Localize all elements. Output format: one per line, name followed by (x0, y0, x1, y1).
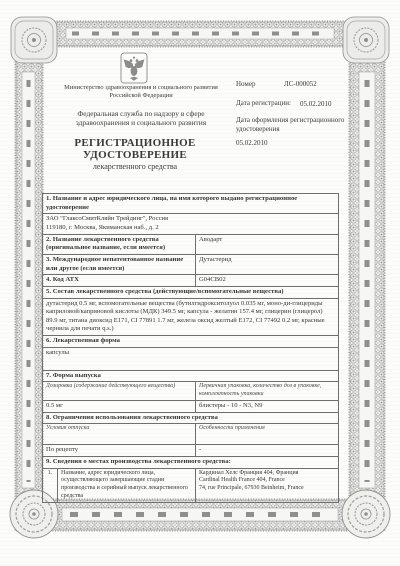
corner-medallion-top-right (343, 17, 389, 63)
table-row: 0.5 мг блистеры - 10 - N3, N9 (43, 401, 339, 413)
dispensing-conditions-value: По рецепту (43, 445, 196, 457)
section-8-label: 8. Ограничения использования лекарственн… (43, 412, 339, 424)
ministry-line1: Министерство здравоохранения и социально… (48, 84, 234, 92)
document-title: РЕГИСТРАЦИОННОЕ УДОСТОВЕРЕНИЕ (45, 137, 225, 162)
table-row: 5. Состав лекарственного средства (дейст… (43, 287, 339, 299)
section-2-label: 2. Название лекарственного средства (ори… (43, 234, 196, 254)
holder-name: ЗАО "ГлаксоСмитКляйн Трейдинг", Россия (46, 215, 335, 224)
manufacturer-role-label: Название, адрес юридического лица, осуще… (58, 468, 196, 502)
section-1-value: ЗАО "ГлаксоСмитКляйн Трейдинг", Россия 1… (43, 214, 339, 234)
table-row: 6. Лекарственная форма (43, 336, 339, 348)
drug-trade-name: Аводарт (196, 234, 339, 254)
composition-text: дутастерид 0.5 мг, вспомогательные вещес… (43, 298, 339, 335)
dosage-value: 0.5 мг (43, 401, 196, 413)
section-3-label: 3. Международное непатентованное названи… (43, 254, 196, 274)
dosage-form: капсулы (43, 347, 339, 370)
usage-features-header: Особенности применения (196, 424, 339, 445)
table-row: 1. Название, адрес юридического лица, ос… (43, 468, 339, 502)
ministry-line2: Российской Федерации (48, 92, 234, 100)
usage-features-value: - (196, 445, 339, 457)
section-4-label: 4. Код АТХ (43, 275, 196, 287)
table-row: 2. Название лекарственного средства (ори… (43, 234, 339, 254)
packaging-column-header: Первичная упаковка, количество доз в упа… (196, 382, 339, 401)
inn-name: Дутастерид (196, 254, 339, 274)
issue-date-value: 05.02.2010 (236, 139, 268, 148)
manufacturer-address: Кардинал Хелс Франция 404, Франция Cardi… (196, 468, 339, 502)
coat-of-arms-icon (120, 52, 148, 84)
table-row: 4. Код АТХ G04CB02 (43, 275, 339, 287)
ministry-name: Министерство здравоохранения и социально… (48, 84, 234, 101)
section-5-label: 5. Состав лекарственного средства (дейст… (43, 287, 339, 299)
federal-service-name: Федеральная служба по надзору в сфере зд… (62, 109, 220, 128)
table-row: По рецепту - (43, 445, 339, 457)
table-row: 8. Ограничения использования лекарственн… (43, 412, 339, 424)
table-row: ЗАО "ГлаксоСмитКляйн Трейдинг", Россия 1… (43, 214, 339, 234)
section-1-label: 1. Название и адрес юридического лица, н… (43, 194, 339, 214)
registration-certificate-document: Министерство здравоохранения и социально… (0, 0, 400, 566)
dispensing-conditions-header: Условия отпуска (43, 424, 196, 445)
manufacturer-address-ru: Кардинал Хелс Франция 404, Франция (199, 470, 335, 478)
registration-date-label: Дата регистрации: (236, 99, 291, 108)
corner-rosette-bottom-right (342, 490, 390, 538)
manufacturer-row-number: 1. (43, 468, 58, 502)
table-row: 7. Форма выпуска (43, 370, 339, 382)
atc-code: G04CB02 (196, 275, 339, 287)
table-row: 1. Название и адрес юридического лица, н… (43, 194, 339, 214)
section-7-label: 7. Форма выпуска (43, 370, 339, 382)
table-row: Условия отпуска Особенности применения (43, 424, 339, 445)
holder-address: 119180, г. Москва, Якиманская наб., д. 2 (46, 224, 335, 233)
packaging-value: блистеры - 10 - N3, N9 (196, 401, 339, 413)
corner-medallion-top-left (11, 17, 57, 63)
registration-date-value: 05.02.2010 (300, 100, 332, 109)
document-subtitle: лекарственного средства (45, 162, 225, 171)
registration-table: 1. Название и адрес юридического лица, н… (42, 193, 339, 503)
number-value: ЛС-000052 (284, 80, 317, 89)
issue-date-label: Дата оформления регистрационного удостов… (236, 116, 354, 134)
number-label: Номер (236, 80, 255, 89)
dosage-column-header: Дозировка (содержание действующего вещес… (43, 382, 196, 401)
section-6-label: 6. Лекарственная форма (43, 336, 339, 348)
manufacturer-address-en: 74, rue Principale, 67930 Beinheim, Fran… (199, 485, 335, 493)
table-row: 3. Международное непатентованное названи… (43, 254, 339, 274)
table-row: Дозировка (содержание действующего вещес… (43, 382, 339, 401)
table-row: 9. Сведения о местах производства лекарс… (43, 456, 339, 468)
section-9-label: 9. Сведения о местах производства лекарс… (43, 456, 339, 468)
table-row: капсулы (43, 347, 339, 370)
manufacturer-name-en: Cardinal Health France 404, France (199, 477, 335, 485)
table-row: дутастерид 0.5 мг, вспомогательные вещес… (43, 298, 339, 335)
